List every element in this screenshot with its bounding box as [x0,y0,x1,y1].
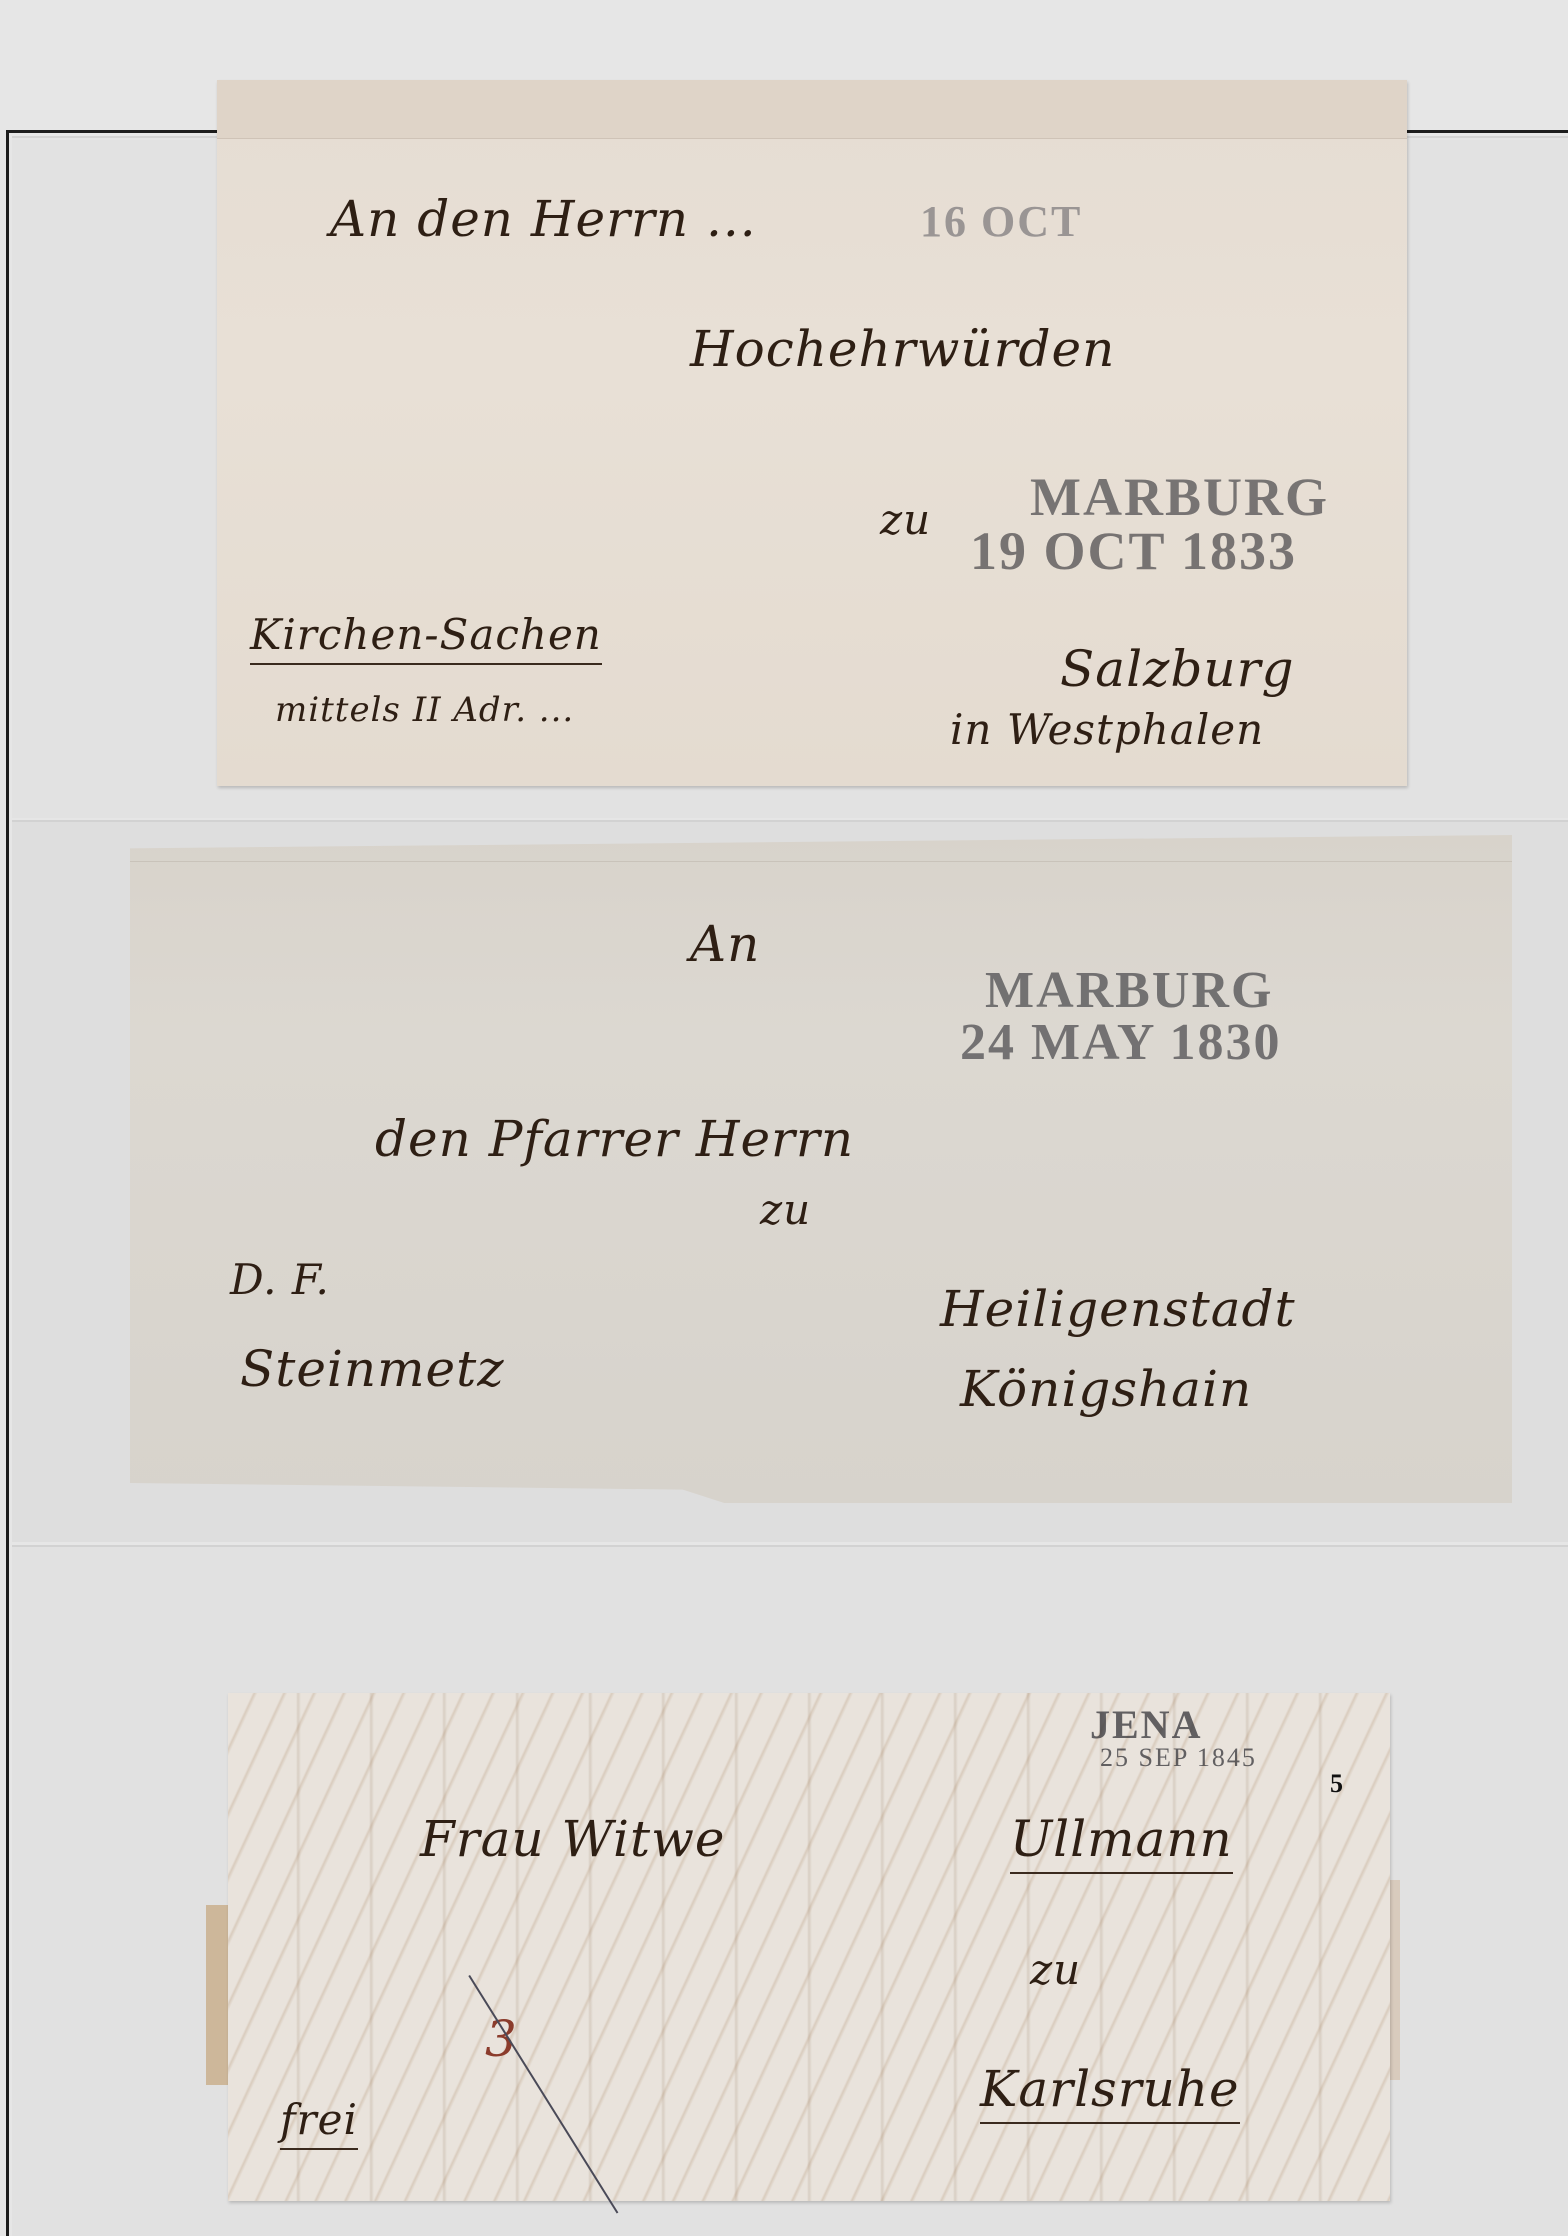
letter-cover-2 [130,835,1512,1503]
sender-note-2: mittels II Adr. ... [275,690,574,730]
address-line-3: zu [1030,1945,1081,1994]
address-line-2: Hochehrwürden [690,320,1115,378]
postmark-marburg-1830: MARBURG 24 MAY 1830 [985,965,1281,1069]
address-line-3: zu [880,495,931,544]
sender-note-franco: frei [280,2095,358,2150]
address-line-4: Salzburg [1060,640,1295,698]
postmark-jena-1845: JENA 25 SEP 1845 5 [1090,1705,1345,1797]
address-line-1: An [690,915,760,973]
address-line-2: Ullmann [1010,1810,1233,1874]
album-border-left [6,130,9,2236]
sender-note-1: Kirchen-Sachen [250,610,602,665]
address-line-4: Heiligenstadt [940,1280,1296,1338]
postmark-marburg-1833: MARBURG 19 OCT 1833 [1030,470,1329,578]
address-line-1: An den Herrn ... [330,190,757,248]
address-line-4: Karlsruhe [980,2060,1240,2124]
ghost-postmark: 16 OCT [920,200,1082,244]
red-rate-mark: 3 [485,2010,518,2068]
letter-flap [217,80,1407,139]
address-line-2: den Pfarrer Herrn [375,1110,854,1168]
address-line-5: Königshain [960,1360,1252,1418]
address-line-5: in Westphalen [950,705,1264,754]
address-line-3: zu [760,1185,811,1234]
sender-note-1: D. F. [230,1255,330,1304]
sender-note-2: Steinmetz [240,1340,505,1398]
address-line-1: Frau Witwe [420,1810,725,1868]
